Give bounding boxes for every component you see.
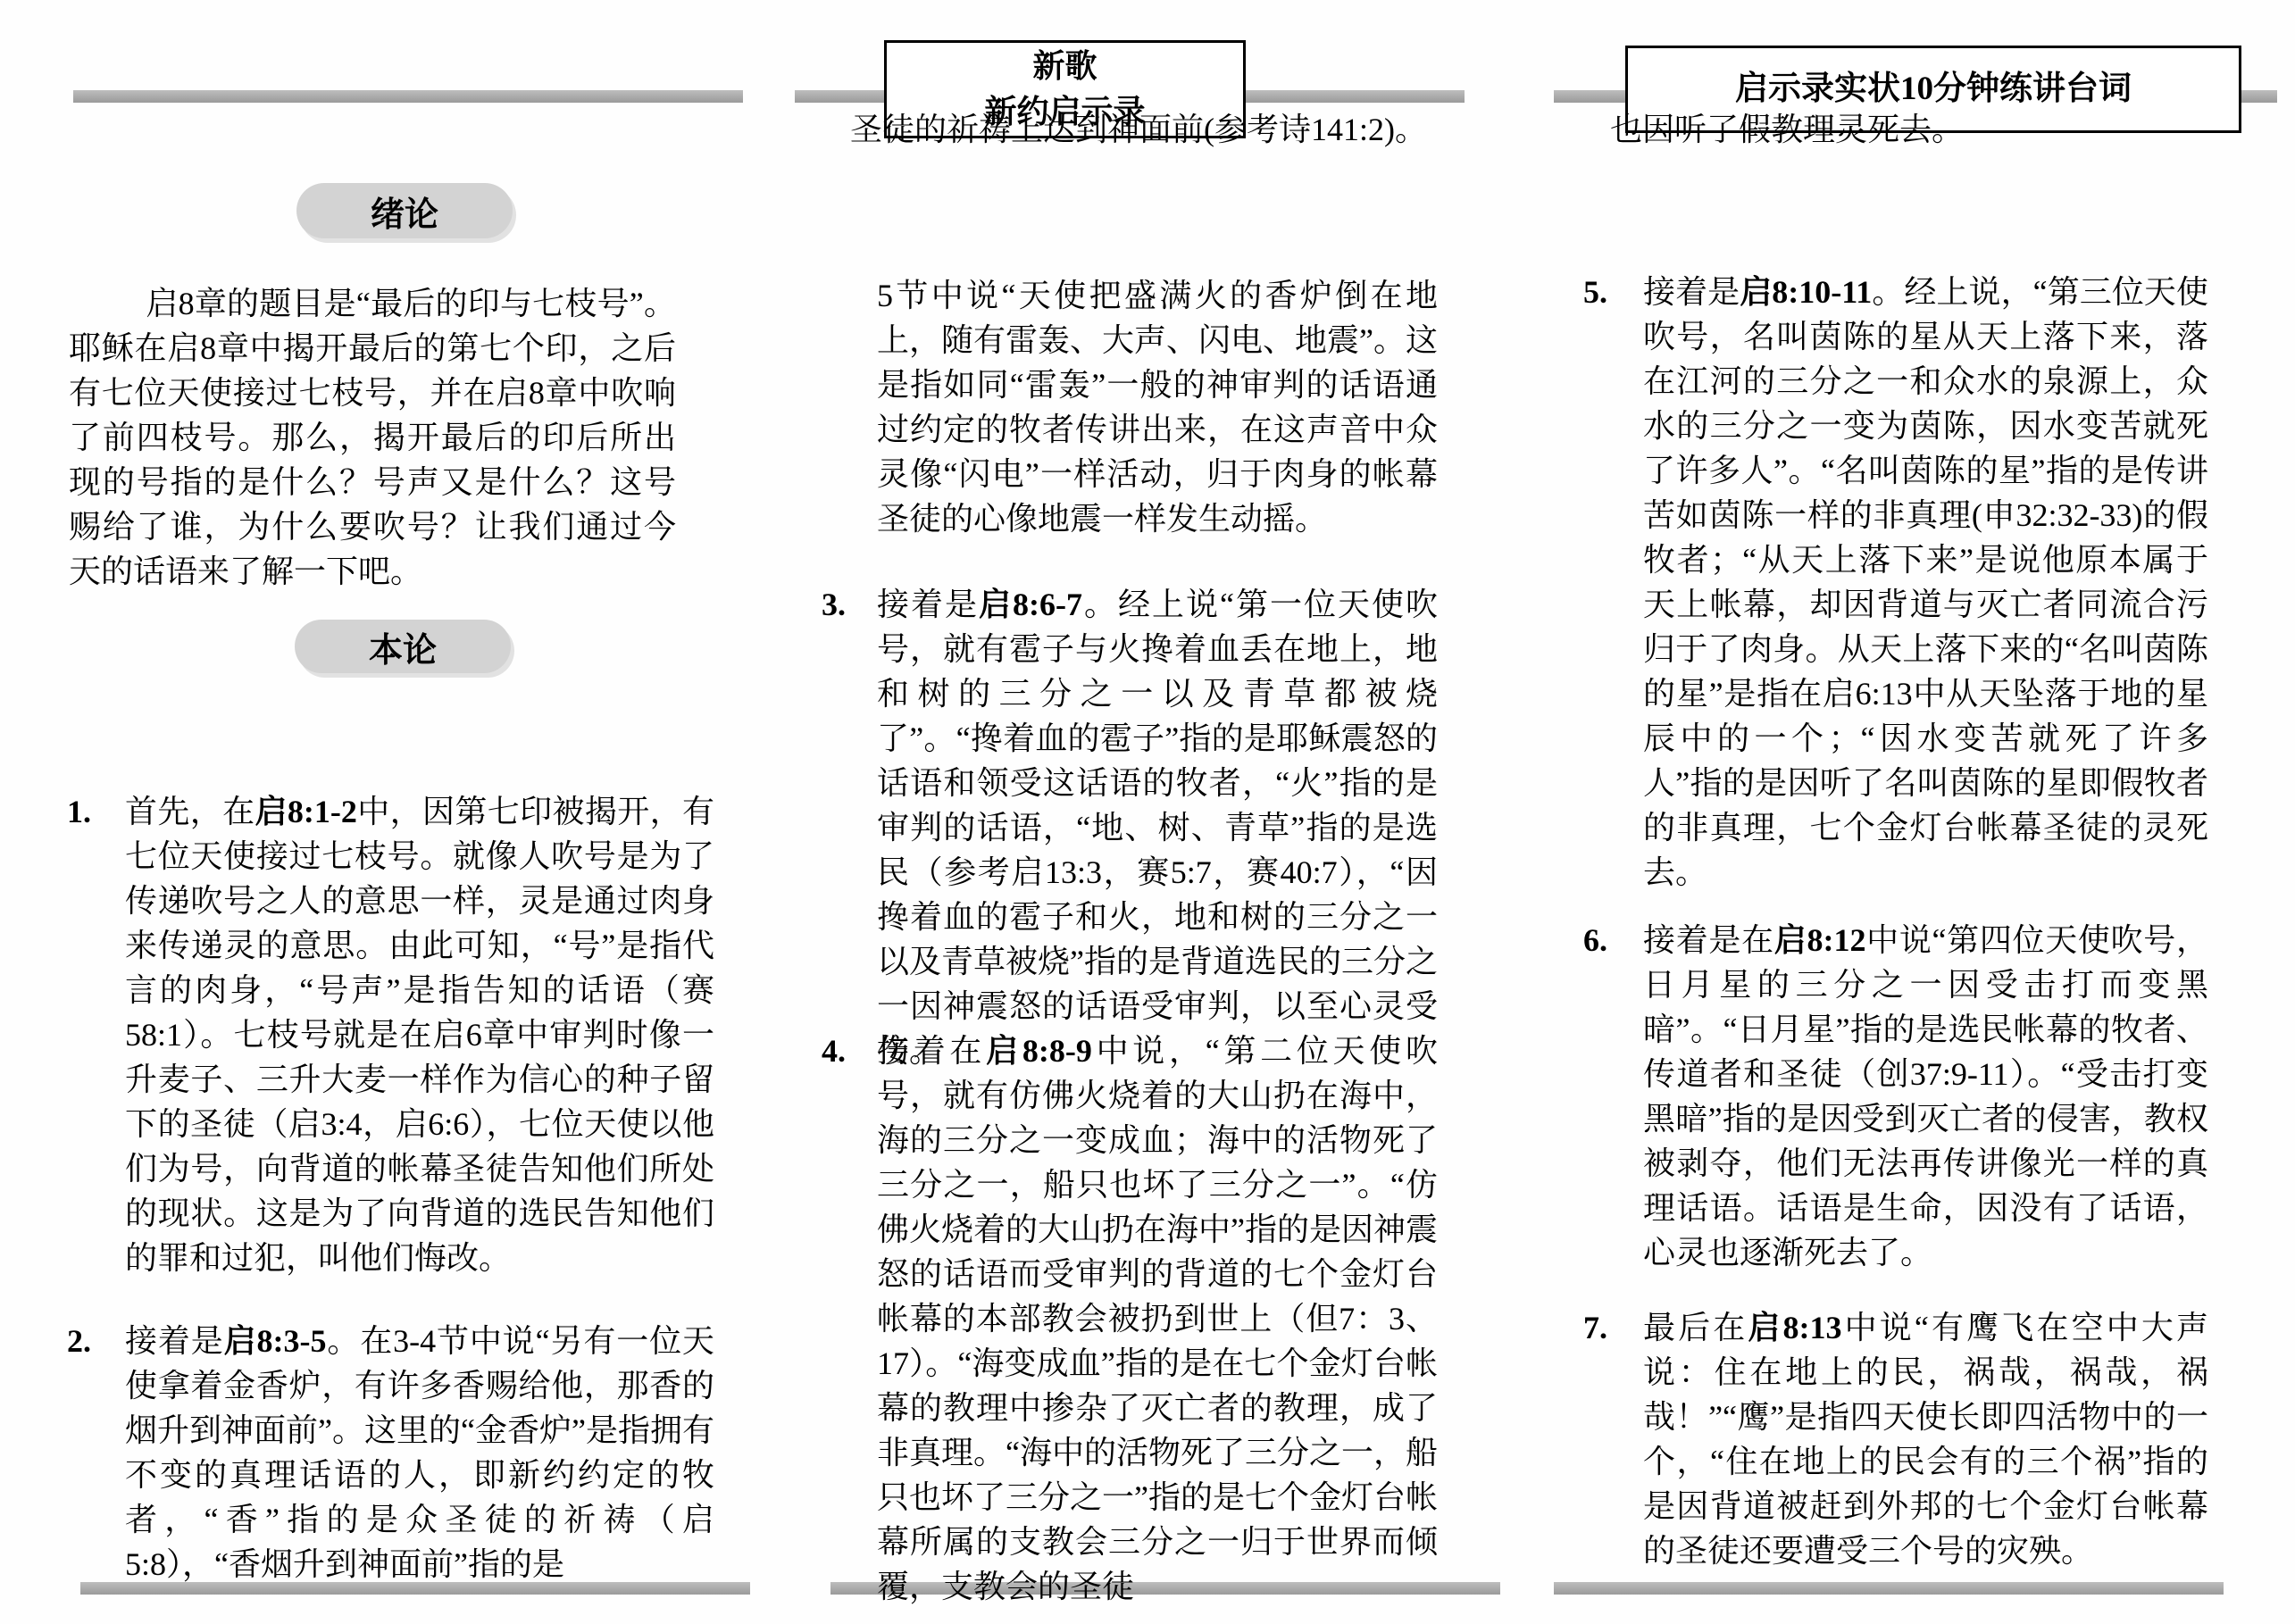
list-item-4: 4. 接着在启8:8-9中说，“第二位天使吹号，就有仿佛火烧着的大山扔在海中，海… xyxy=(822,1029,1438,1609)
item-text: 接着在启8:8-9中说，“第二位天使吹号，就有仿佛火烧着的大山扔在海中，海的三分… xyxy=(877,1029,1438,1609)
list-item-7: 7. 最后在启8:13中说“有鹰飞在空中大声说：住在地上的民，祸哉，祸哉，祸哉！… xyxy=(1583,1305,2208,1573)
item-text: 首先，在启8:1-2中，因第七印被揭开，有七位天使接过七枝号。就像人吹号是为了传… xyxy=(125,789,714,1280)
document-page: 新歌 新约启示录 启示录实状10分钟练讲台词 绪论 本论 启8章的题目是“最后的… xyxy=(0,0,2295,1624)
intro-paragraph: 启8章的题目是“最后的印与七枝号”。耶稣在启8章中揭开最后的第七个印，之后有七位… xyxy=(69,281,676,594)
main-badge-label: 本论 xyxy=(369,622,437,671)
intro-badge-label: 绪论 xyxy=(371,187,438,236)
list-item-5: 5. 接着是启8:10-11。经上说，“第三位天使吹号，名叫茵陈的星从天上落下来… xyxy=(1583,270,2208,895)
item-number: 5. xyxy=(1583,270,1607,314)
item-number: 1. xyxy=(67,789,91,834)
item-text: 接着是启8:6-7。经上说“第一位天使吹号，就有雹子与火搀着血丢在地上，地和树的… xyxy=(877,582,1438,1073)
footer-rule-right xyxy=(1554,1582,2224,1595)
item-text: 接着是启8:10-11。经上说，“第三位天使吹号，名叫茵陈的星从天上落下来，落在… xyxy=(1643,270,2208,895)
main-section-badge: 本论 xyxy=(295,620,511,673)
list-item-1: 1. 首先，在启8:1-2中，因第七印被揭开，有七位天使接过七枝号。就像人吹号是… xyxy=(67,789,714,1280)
header-rule-left xyxy=(73,90,743,103)
right-continuation-line: 也因听了假教理灵死去。 xyxy=(1610,107,2199,152)
item-number: 6. xyxy=(1583,918,1607,962)
item-number: 4. xyxy=(822,1029,846,1073)
item-number: 7. xyxy=(1583,1305,1607,1350)
middle-header-title-line1: 新歌 xyxy=(1032,44,1097,89)
item-number: 3. xyxy=(822,582,846,627)
list-item-2: 2. 接着是启8:3-5。在3-4节中说“另有一位天使拿着金香炉，有许多香赐给他… xyxy=(67,1319,714,1587)
item-number: 2. xyxy=(67,1319,91,1363)
list-item-6: 6. 接着是在启8:12中说“第四位天使吹号，日月星的三分之一因受击打而变黑暗”… xyxy=(1583,918,2208,1275)
verse5-paragraph: 5节中说“天使把盛满火的香炉倒在地上，随有雷轰、大声、闪电、地震”。这是指如同“… xyxy=(877,273,1438,541)
item-text: 最后在启8:13中说“有鹰飞在空中大声说：住在地上的民，祸哉，祸哉，祸哉！”“鹰… xyxy=(1643,1305,2208,1573)
list-item-3: 3. 接着是启8:6-7。经上说“第一位天使吹号，就有雹子与火搀着血丢在地上，地… xyxy=(822,582,1438,1073)
middle-continuation-line: 圣徒的祈祷上达到神面前(参考诗141:2)。 xyxy=(850,107,1431,152)
item-text: 接着是启8:3-5。在3-4节中说“另有一位天使拿着金香炉，有许多香赐给他，那香… xyxy=(125,1319,714,1587)
item-text: 接着是在启8:12中说“第四位天使吹号，日月星的三分之一因受击打而变黑暗”。“日… xyxy=(1643,918,2208,1275)
intro-section-badge: 绪论 xyxy=(296,183,513,238)
